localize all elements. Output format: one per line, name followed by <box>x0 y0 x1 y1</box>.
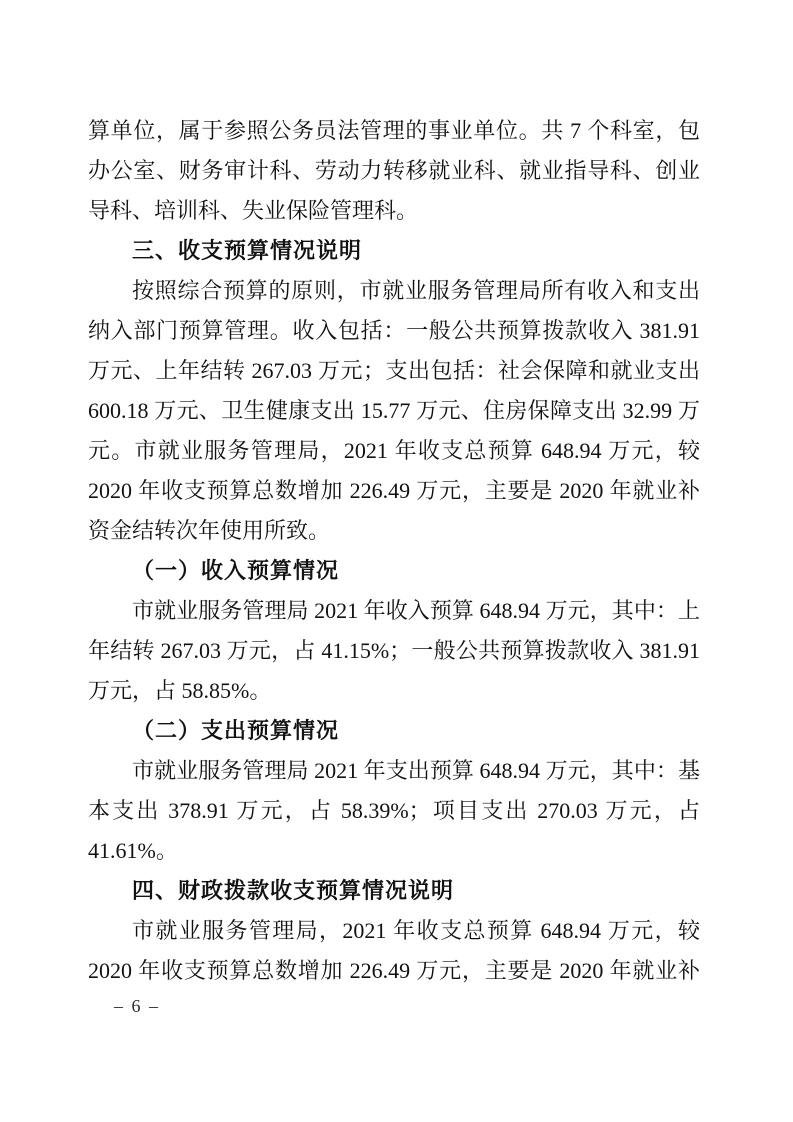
section-heading: （一）收入预算情况 <box>88 551 700 591</box>
document-page: 算单位，属于参照公务员法管理的事业单位。共 7 个科室，包含 办公室、财务审计科… <box>0 0 793 1122</box>
body-line: 市就业服务管理局，2021 年收支总预算 648.94 万元，较 <box>88 911 700 951</box>
section-heading: （二）支出预算情况 <box>88 711 700 751</box>
document-body: 算单位，属于参照公务员法管理的事业单位。共 7 个科室，包含 办公室、财务审计科… <box>88 111 700 991</box>
body-line: 按照综合预算的原则，市就业服务管理局所有收入和支出均 <box>88 271 700 311</box>
body-line: 办公室、财务审计科、劳动力转移就业科、就业指导科、创业指 <box>88 151 700 191</box>
body-line: 市就业服务管理局 2021 年收入预算 648.94 万元，其中：上 <box>88 591 700 631</box>
body-line: 年结转 267.03 万元，占 41.15%；一般公共预算拨款收入 381.91 <box>88 631 700 671</box>
body-line: 市就业服务管理局 2021 年支出预算 648.94 万元，其中：基 <box>88 751 700 791</box>
section-heading: 三、收支预算情况说明 <box>88 231 700 271</box>
body-line: 本支出 378.91 万元，占 58.39%；项目支出 270.03 万元，占 <box>88 791 700 831</box>
body-line: 41.61%。 <box>88 831 700 871</box>
page-number: – 6 – <box>114 996 160 1017</box>
body-line: 算单位，属于参照公务员法管理的事业单位。共 7 个科室，包含 <box>88 111 700 151</box>
body-line: 导科、培训科、失业保险管理科。 <box>88 191 700 231</box>
section-heading: 四、财政拨款收支预算情况说明 <box>88 871 700 911</box>
body-line: 资金结转次年使用所致。 <box>88 511 700 551</box>
body-line: 2020 年收支预算总数增加 226.49 万元，主要是 2020 年就业补助 <box>88 471 700 511</box>
body-line: 万元，占 58.85%。 <box>88 671 700 711</box>
body-line: 元。市就业服务管理局，2021 年收支总预算 648.94 万元，较 <box>88 431 700 471</box>
body-line: 万元、上年结转 267.03 万元；支出包括：社会保障和就业支出 <box>88 351 700 391</box>
body-line: 纳入部门预算管理。收入包括：一般公共预算拨款收入 381.91 <box>88 311 700 351</box>
body-line: 2020 年收支预算总数增加 226.49 万元，主要是 2020 年就业补助 <box>88 951 700 991</box>
body-line: 600.18 万元、卫生健康支出 15.77 万元、住房保障支出 32.99 万 <box>88 391 700 431</box>
